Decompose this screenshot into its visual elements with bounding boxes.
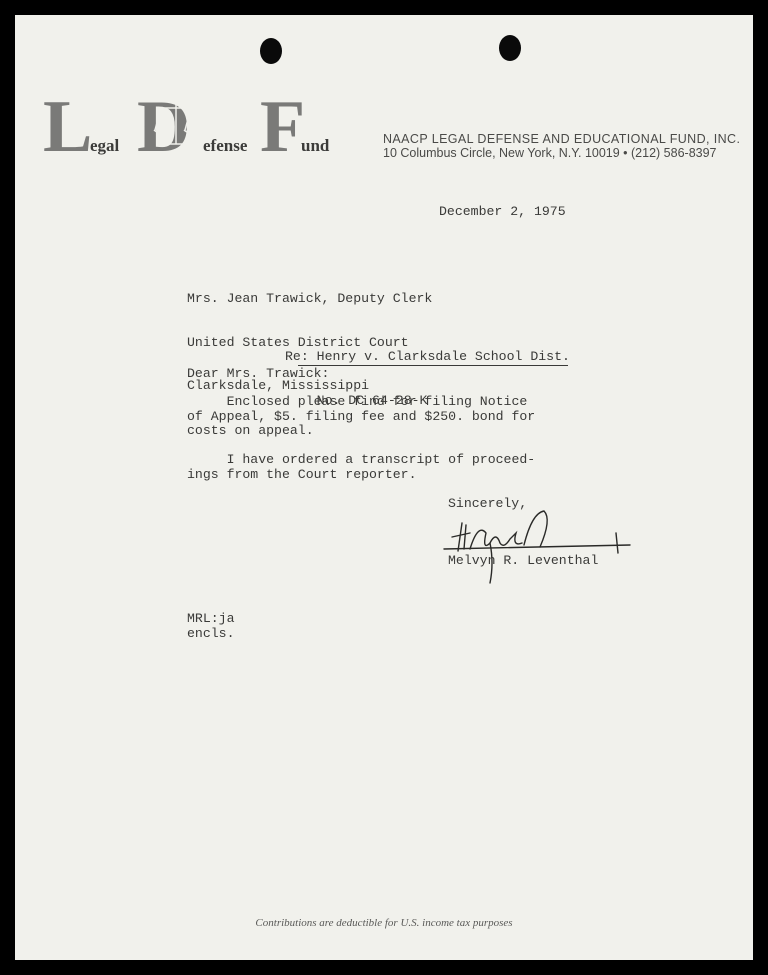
footer-note: Contributions are deductible for U.S. in…	[15, 917, 753, 929]
recipient-line: Mrs. Jean Trawick, Deputy Clerk	[187, 292, 432, 307]
re-subject: Re: Henry v. Clarksdale School Dist.	[285, 350, 570, 365]
organization-name: NAACP LEGAL DEFENSE AND EDUCATIONAL FUND…	[383, 132, 740, 146]
ldf-logo: L egal D efense F und	[43, 90, 383, 160]
signer-name: Melvyn R. Leventhal	[448, 554, 598, 569]
organization-info: NAACP LEGAL DEFENSE AND EDUCATIONAL FUND…	[383, 132, 740, 160]
reference-initials: MRL:ja encls.	[187, 612, 234, 641]
letter-date: December 2, 1975	[439, 205, 566, 220]
logo-word-fund: und	[301, 137, 329, 154]
punch-hole	[499, 35, 521, 61]
letter-page: L egal D efense F und NAACP LEGAL DEFENS…	[15, 15, 753, 960]
logo-word-defense: efense	[203, 137, 247, 154]
re-underline	[298, 365, 568, 366]
organization-address: 10 Columbus Circle, New York, N.Y. 10019…	[383, 146, 740, 160]
salutation: Dear Mrs. Trawick:	[187, 367, 329, 382]
punch-hole	[260, 38, 282, 64]
handwritten-signature	[440, 503, 640, 593]
scales-of-justice-icon	[153, 100, 199, 148]
logo-word-legal: egal	[90, 137, 119, 154]
logo-letter-l: L	[43, 90, 90, 164]
body-paragraph: Enclosed please find for filing Notice o…	[187, 395, 535, 439]
body-paragraph: I have ordered a transcript of proceed- …	[187, 453, 535, 482]
logo-letter-f: F	[260, 90, 303, 164]
